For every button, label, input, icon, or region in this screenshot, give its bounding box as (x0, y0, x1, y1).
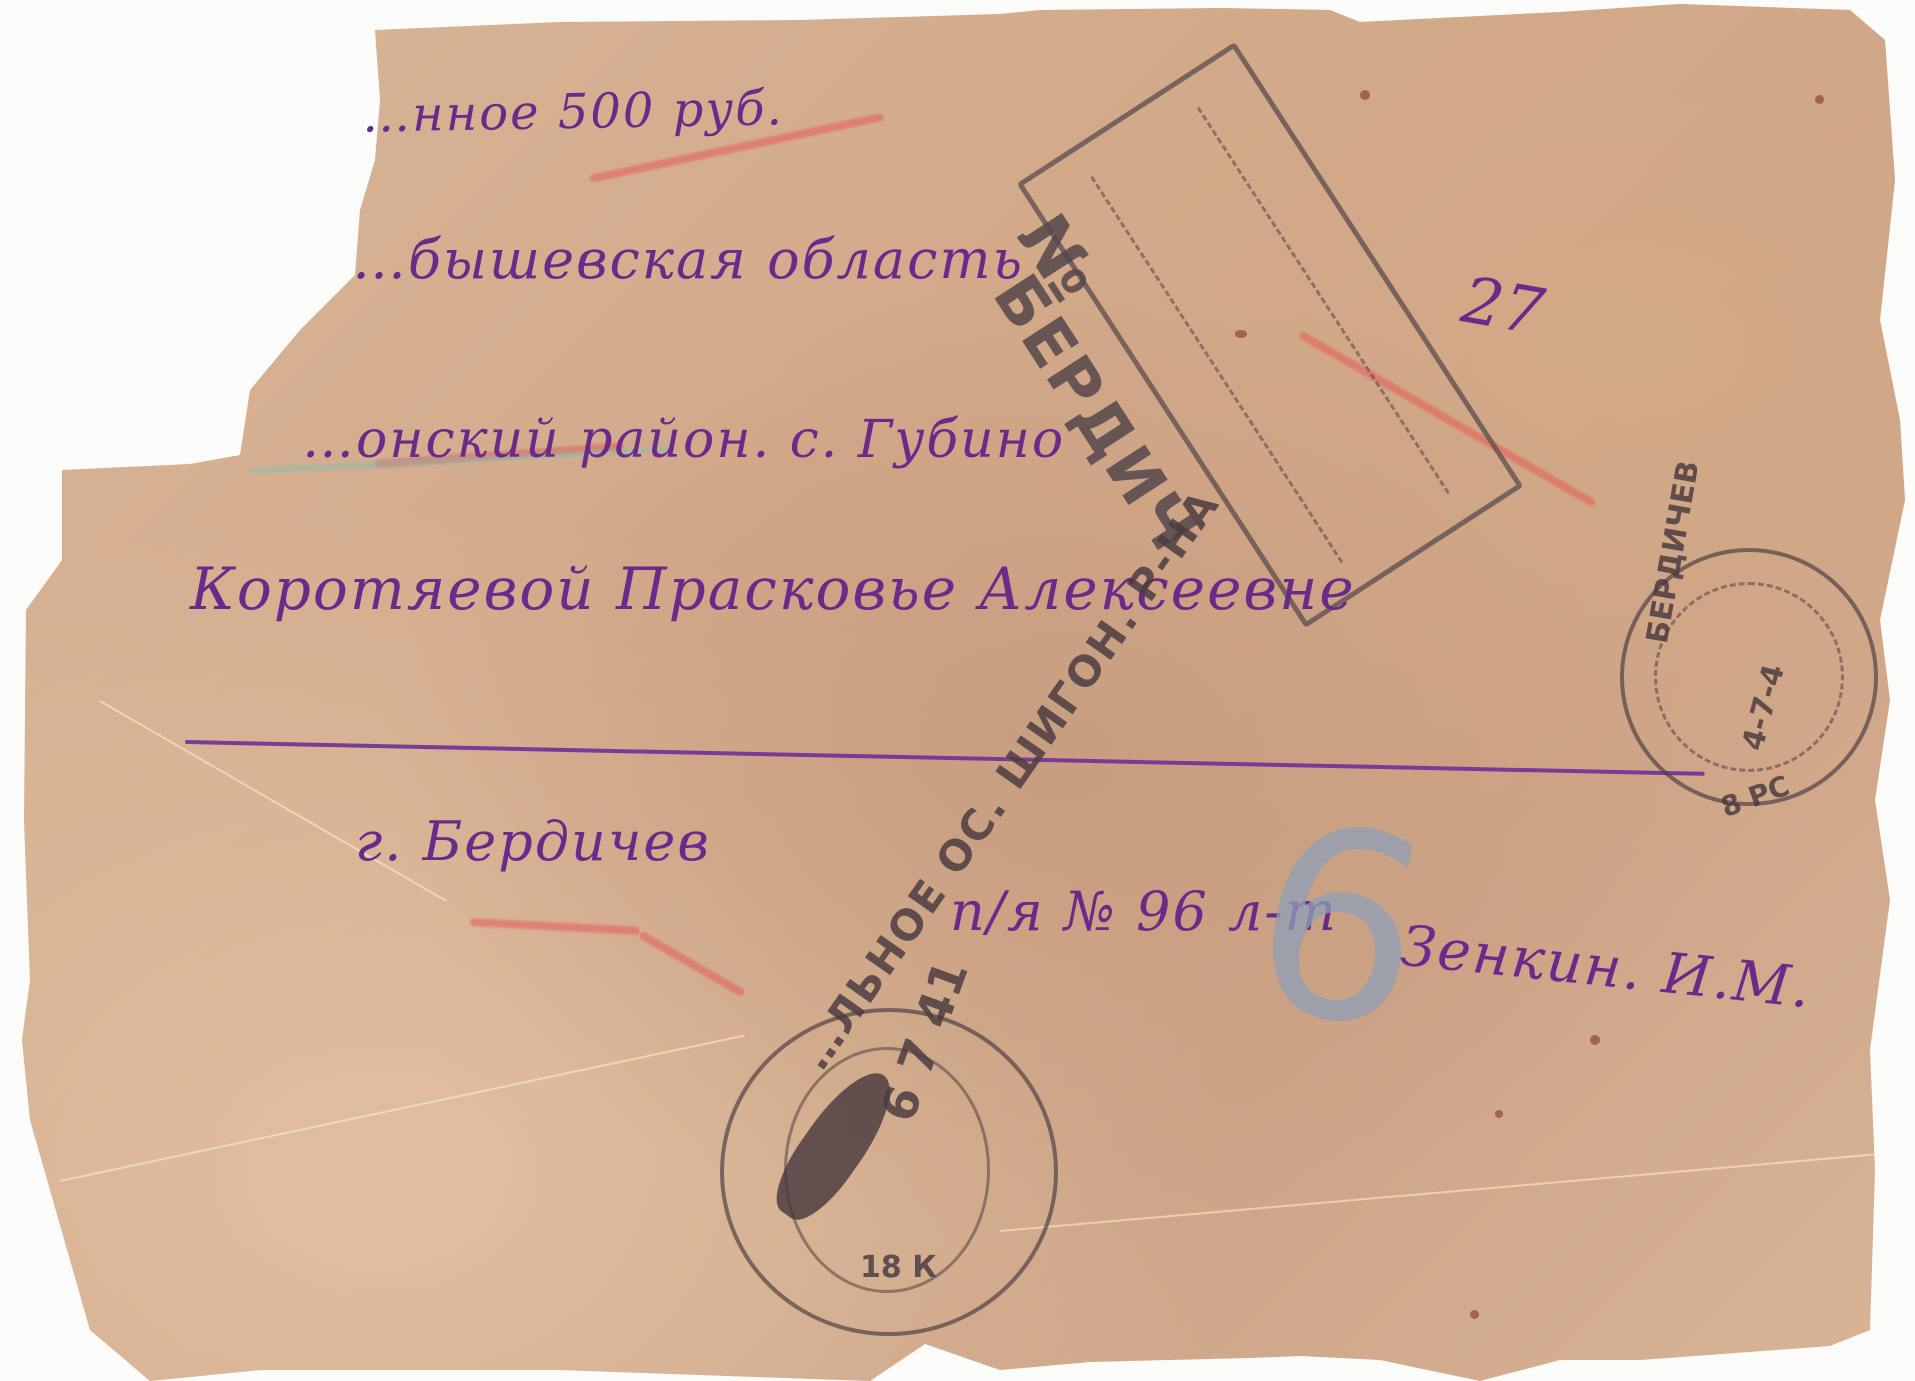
stain-spot (1815, 95, 1824, 104)
stain-spot (1235, 330, 1247, 338)
address-line-amount: …нное 500 руб. (362, 80, 785, 143)
address-line-region: …бышевская область (352, 228, 1024, 291)
registration-handwritten-number: 27 (1456, 263, 1549, 350)
shigony-postmark-bottom: 18 К (860, 1250, 937, 1285)
stain-spot (1590, 1035, 1600, 1045)
stain-spot (1360, 90, 1370, 100)
stain-spot (1470, 1310, 1479, 1319)
stain-spot (1495, 1110, 1503, 1118)
address-line-district: …онский район. с. Губино (302, 410, 1065, 470)
sender-city: г. Бердичев (355, 810, 711, 873)
sender-box-number: п/я № 96 (950, 880, 1209, 943)
